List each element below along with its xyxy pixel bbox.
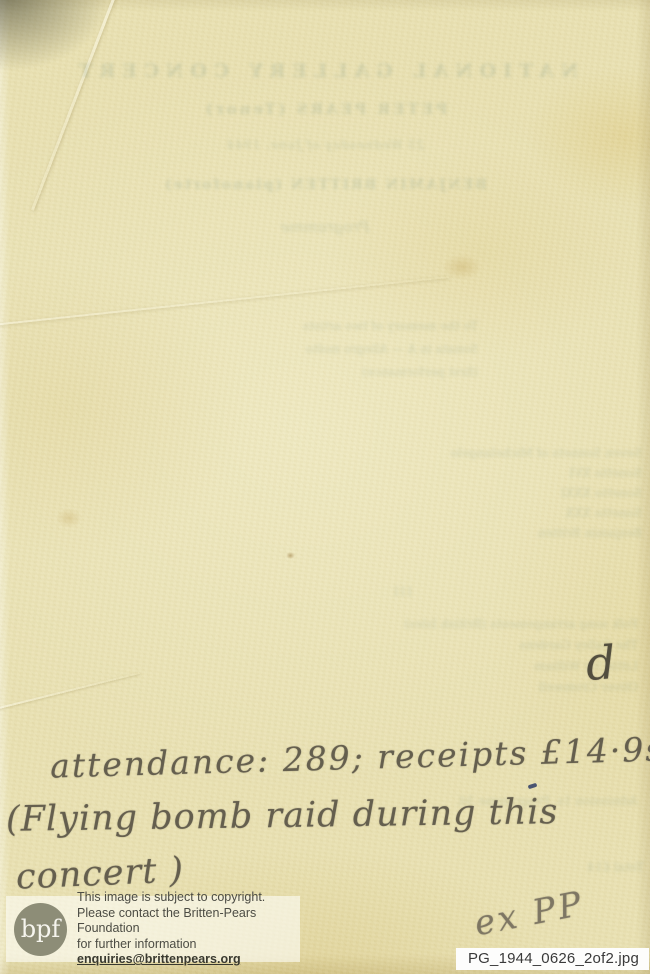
copyright-notice: This image is subject to copyright. Plea…	[77, 890, 300, 968]
copyright-line: This image is subject to copyright.	[77, 890, 300, 906]
pencil-attendance-note: attendance: 289; receipts £14·9s	[50, 729, 650, 785]
ghost-line: 25 Wednesday of June, 1944	[0, 138, 650, 152]
paper-stain	[286, 552, 295, 559]
ghost-title: NATIONAL GALLERY CONCERT	[0, 60, 650, 82]
page-corner-shadow	[0, 0, 125, 82]
ghost-block: Seven Sonnets of Michelangelo Sonetto XV…	[392, 443, 642, 543]
scanned-document-page: NATIONAL GALLERY CONCERT PETER PEARS (Te…	[0, 0, 650, 974]
ghost-line: BENJAMIN BRITTEN (pianoforte)	[0, 177, 650, 193]
paper-crease	[0, 672, 140, 710]
filename-label: PG_1944_0626_2of2.jpg	[456, 948, 649, 970]
contact-email: enquiries@brittenpears.org	[77, 952, 300, 968]
ghost-line: Total £14	[484, 860, 644, 874]
ghost-line: Programme	[0, 218, 650, 236]
pencil-marginal-d: d	[584, 635, 617, 691]
ghost-line: PETER PEARS (Tenor)	[0, 100, 650, 118]
pencil-bomb-note-line1: (Flying bomb raid during this	[6, 792, 559, 840]
pencil-provenance-ex-pp: ex PP	[471, 884, 587, 944]
bpf-logo-text: bpf	[21, 917, 61, 941]
ghost-block: To the memory of two artists Sonata in A…	[248, 315, 478, 384]
paper-stain	[56, 508, 82, 528]
paper-crease	[0, 276, 449, 326]
paper-crease	[31, 0, 116, 211]
copyright-line: Please contact the Britten-Pears Foundat…	[77, 906, 300, 937]
paper-stain	[442, 254, 482, 280]
ghost-line: III	[392, 585, 412, 599]
bpf-logo-icon: bpf	[14, 903, 67, 956]
copyright-watermark: bpf This image is subject to copyright. …	[6, 896, 300, 962]
copyright-line: for further information	[77, 937, 300, 953]
ink-mark	[528, 783, 538, 790]
